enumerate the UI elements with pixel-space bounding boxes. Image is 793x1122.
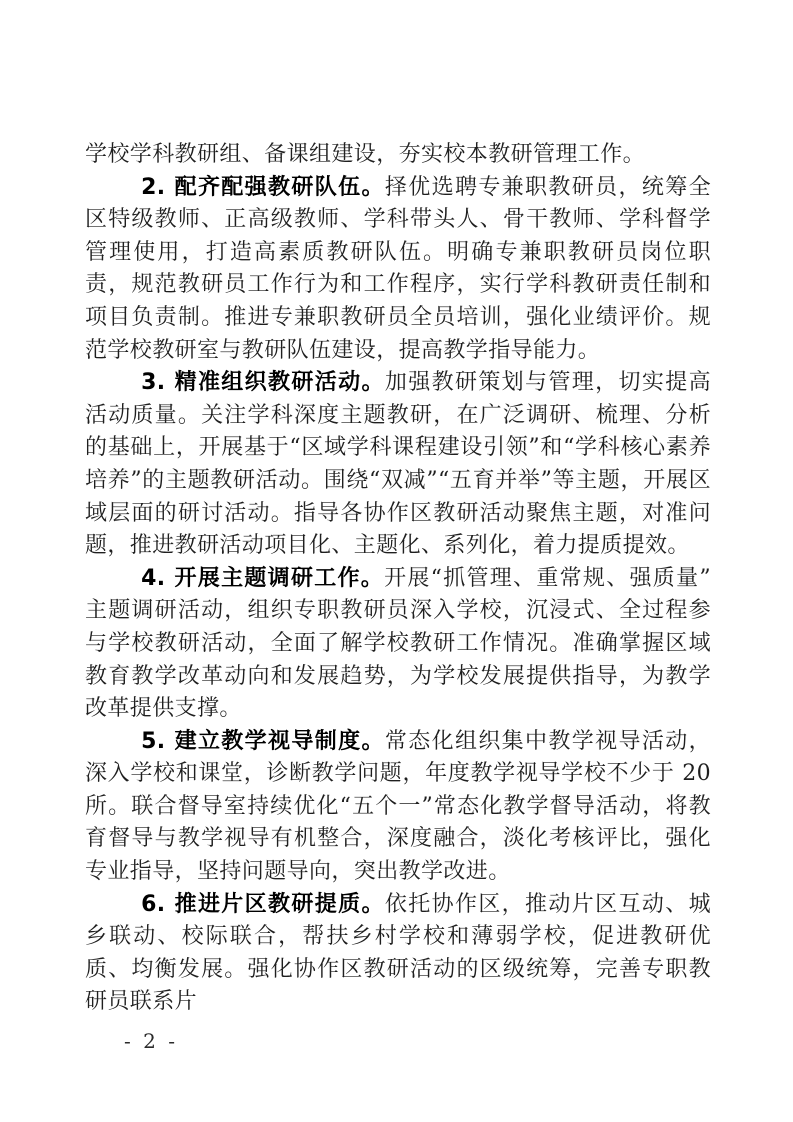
paragraph-2: 2. 配齐配强教研队伍。择优选聘专兼职教研员，统筹全区特级教师、正高级教师、学科… <box>85 172 711 368</box>
page-number: - 2 - <box>124 1029 178 1053</box>
document-page: 学校学科教研组、备课组建设，夯实校本教研管理工作。 2. 配齐配强教研队伍。择优… <box>0 0 793 1122</box>
paragraph-6: 6. 推进片区教研提质。依托协作区，推动片区互动、城乡联动、校际联合，帮扶乡村学… <box>85 889 711 1019</box>
paragraph-lead: 4. 开展主题调研工作。 <box>141 566 384 591</box>
paragraph-4: 4. 开展主题调研工作。开展“抓管理、重常规、强质量”主题调研活动，组织专职教研… <box>85 563 711 726</box>
paragraph-5: 5. 建立教学视导制度。常态化组织集中教学视导活动，深入学校和课堂，诊断教学问题… <box>85 726 711 889</box>
paragraph-lead: 5. 建立教学视导制度。 <box>141 729 385 754</box>
paragraph-lead: 3. 精准组织教研活动。 <box>141 370 385 395</box>
paragraph-continuation: 学校学科教研组、备课组建设，夯实校本教研管理工作。 <box>85 139 711 172</box>
paragraph-text: 择优选聘专兼职教研员，统筹全区特级教师、正高级教师、学科带头人、骨干教师、学科督… <box>85 175 711 363</box>
paragraph-lead: 6. 推进片区教研提质。 <box>141 892 385 917</box>
paragraph-3: 3. 精准组织教研活动。加强教研策划与管理，切实提高活动质量。关注学科深度主题教… <box>85 367 711 563</box>
paragraph-text: 加强教研策划与管理，切实提高活动质量。关注学科深度主题教研，在广泛调研、梳理、分… <box>85 370 711 558</box>
paragraph-text: 学校学科教研组、备课组建设，夯实校本教研管理工作。 <box>85 142 645 167</box>
document-body: 学校学科教研组、备课组建设，夯实校本教研管理工作。 2. 配齐配强教研队伍。择优… <box>85 139 711 1019</box>
paragraph-lead: 2. 配齐配强教研队伍。 <box>141 175 385 200</box>
page-footer: - 2 - <box>124 1029 178 1053</box>
